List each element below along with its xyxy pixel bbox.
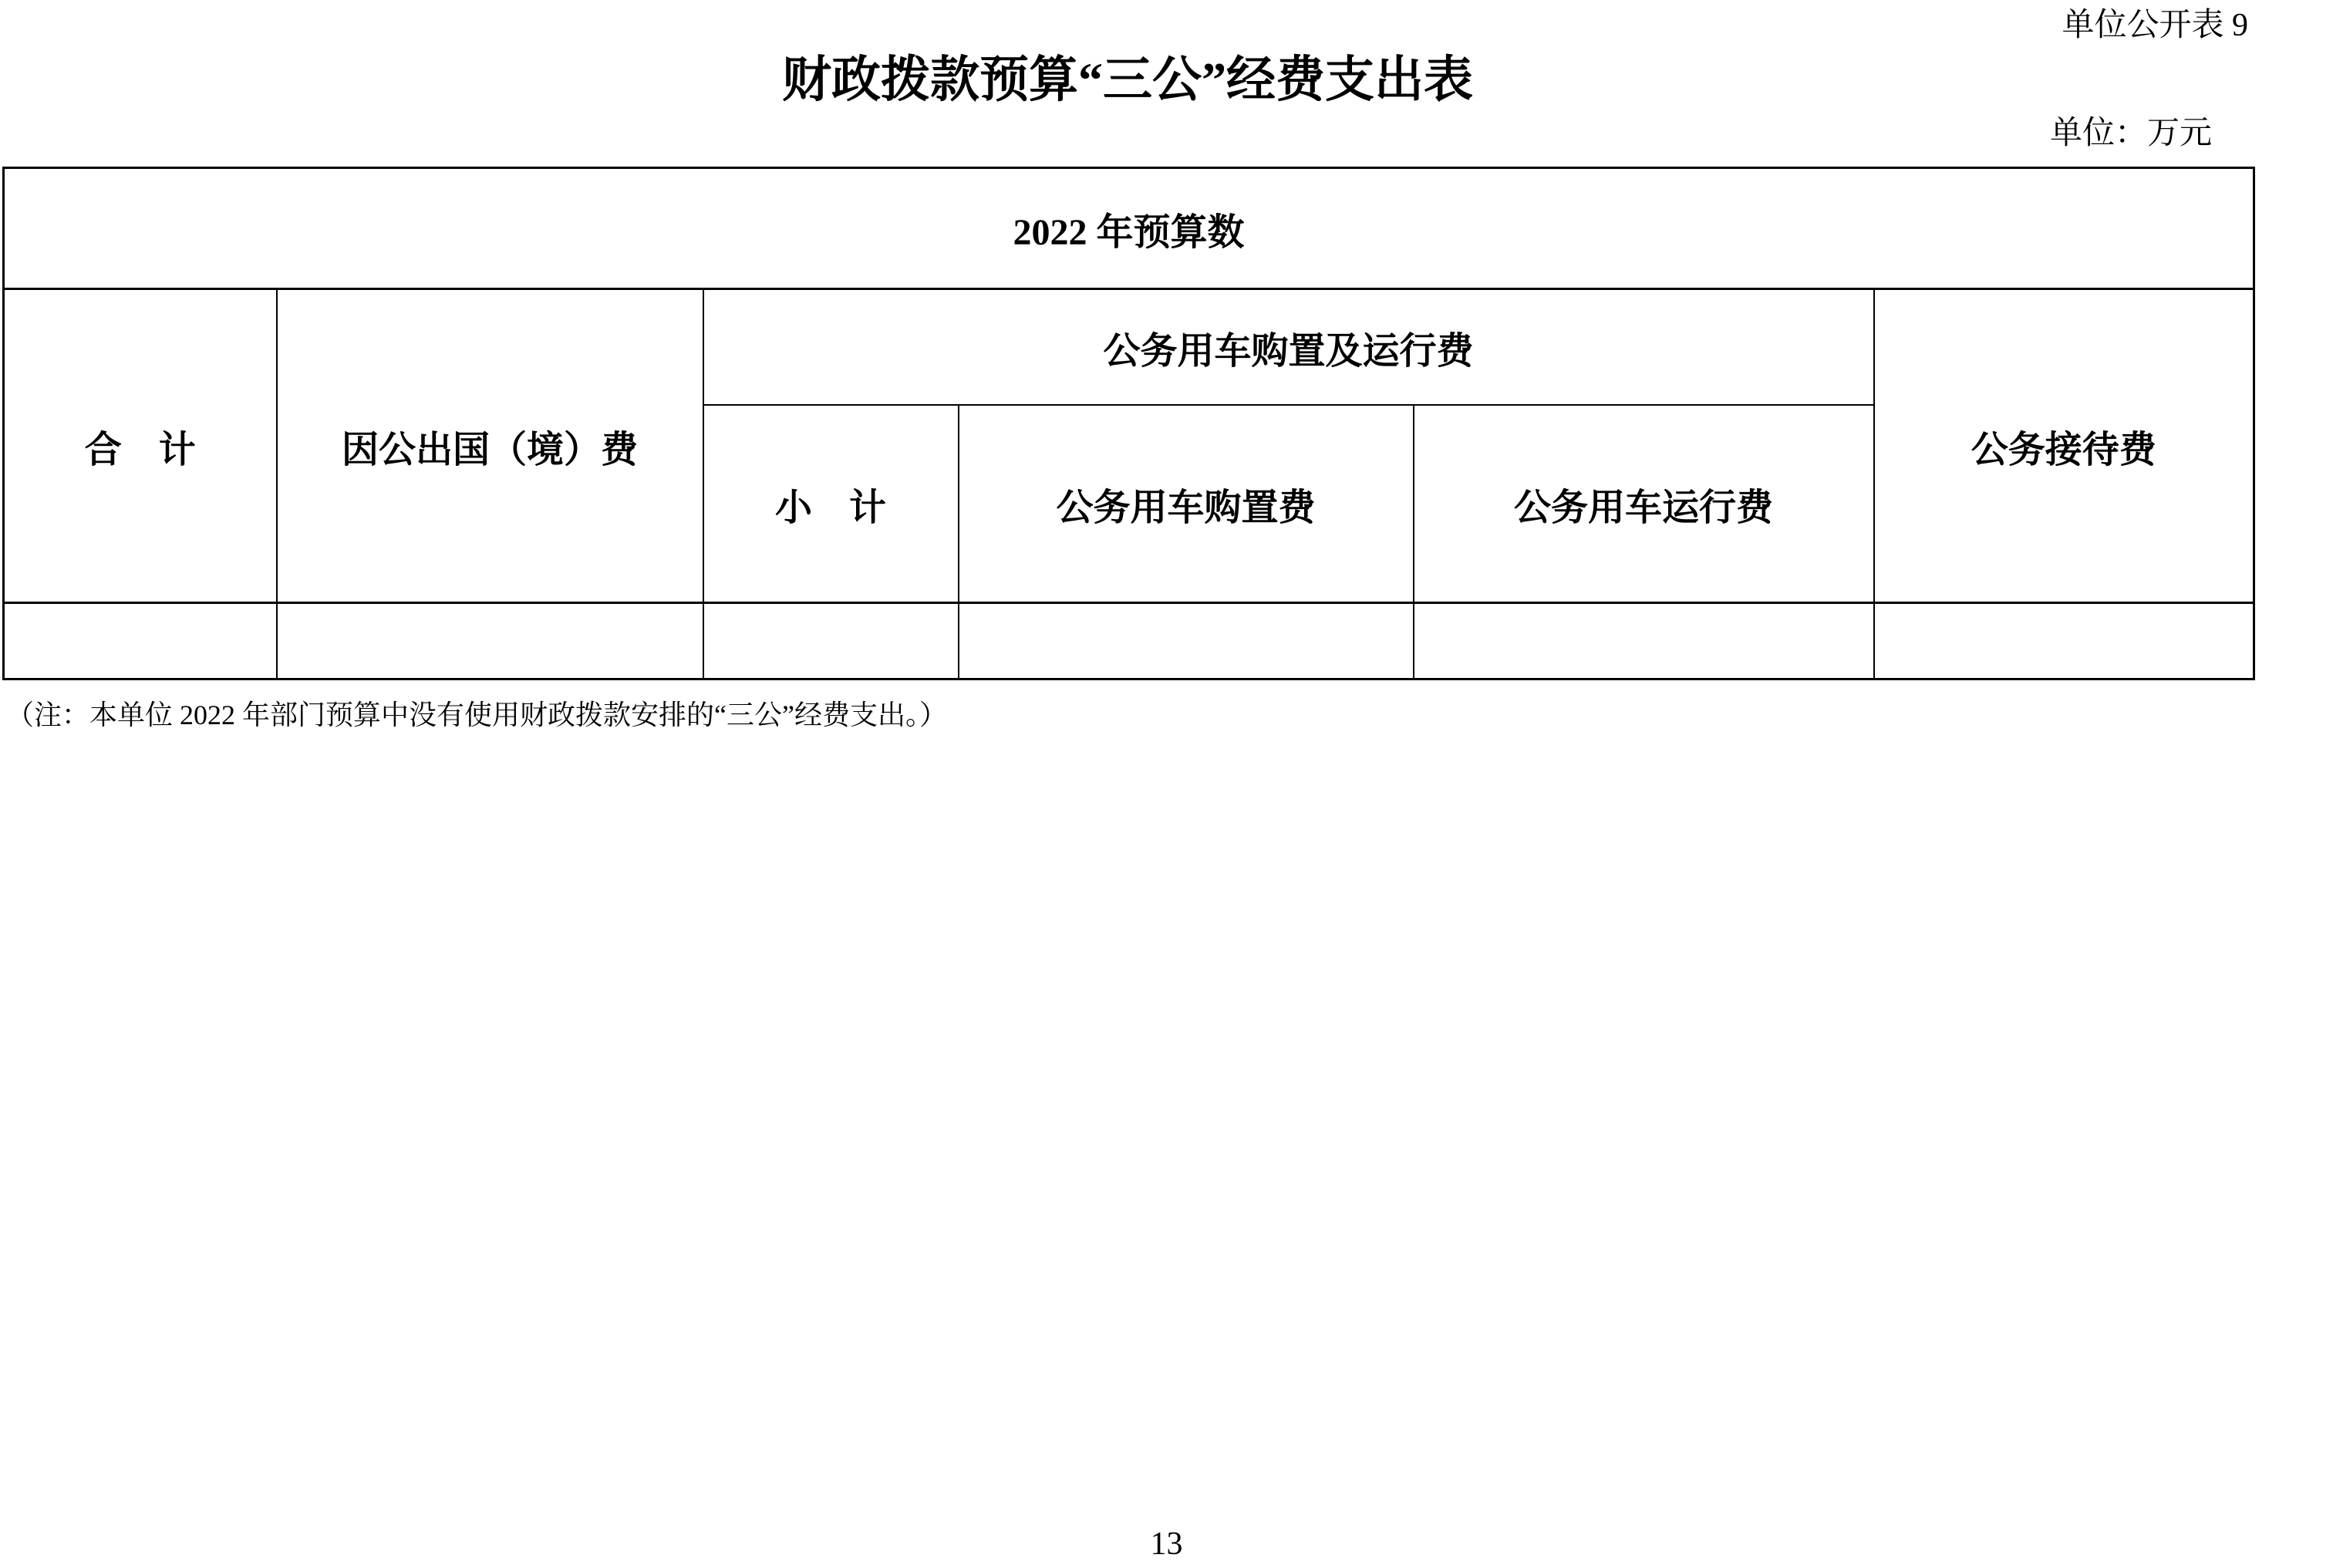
data-cell-reception-fee: [1874, 603, 2254, 679]
header-vehicle-operation: 公务用车运行费: [1414, 405, 1874, 603]
header-vehicle-purchase: 公务用车购置费: [959, 405, 1414, 603]
page-number: 13: [0, 1526, 2333, 1563]
unit-label: 单位：万元: [2050, 116, 2212, 151]
header-vehicle-subtotal: 小 计: [703, 405, 959, 603]
data-cell-vehicle-subtotal: [703, 603, 959, 679]
document-page: { "page": { "doc_label": "单位公开表 9", "tit…: [0, 0, 2333, 1568]
budget-table: 2022 年预算数 合 计 因公出国（境）费 公务用车购置及运行费 公务接待费 …: [2, 167, 2255, 680]
page-title: 财政拨款预算“三公”经费支出表: [2, 54, 2253, 106]
doc-sheet-label: 单位公开表 9: [2062, 8, 2248, 43]
year-header-cell: 2022 年预算数: [4, 168, 2254, 289]
data-cell-vehicle-operation: [1414, 603, 1874, 679]
data-cell-vehicle-purchase: [959, 603, 1414, 679]
footnote: （注：本单位 2022 年部门预算中没有使用财政拨款安排的“三公”经费支出。）: [6, 699, 947, 732]
header-reception-fee: 公务接待费: [1874, 289, 2254, 603]
header-vehicle-group: 公务用车购置及运行费: [703, 289, 1874, 406]
table-row-data: [4, 603, 2254, 679]
data-cell-total: [4, 603, 277, 679]
header-abroad-fee: 因公出国（境）费: [277, 289, 703, 603]
header-total: 合 计: [4, 289, 277, 603]
data-cell-abroad-fee: [277, 603, 703, 679]
table-row-group-headers: 合 计 因公出国（境）费 公务用车购置及运行费 公务接待费: [4, 289, 2254, 406]
table-row-year: 2022 年预算数: [4, 168, 2254, 289]
